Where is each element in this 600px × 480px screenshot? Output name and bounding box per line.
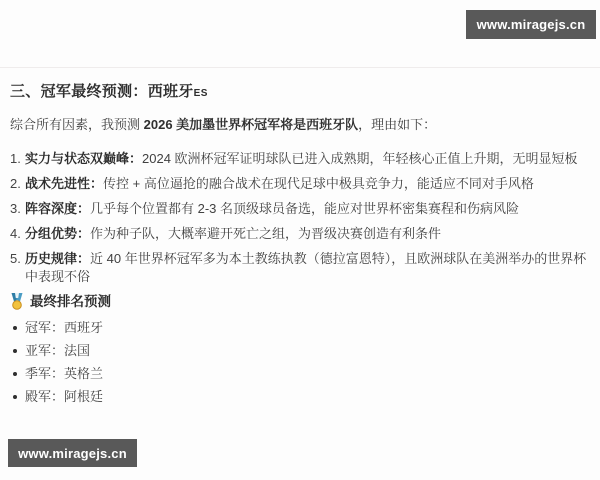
bullet-icon [13,326,17,330]
ranking-item: 冠军：西班牙 [25,320,590,336]
reason-number: 5. [10,250,21,268]
reason-number: 1. [10,150,21,168]
section-heading: 三、冠军最终预测：西班牙ES [10,84,590,102]
bullet-icon [13,372,17,376]
panel-divider [0,67,600,68]
reason-item: 1.实力与状态双巅峰：2024 欧洲杯冠军证明球队已进入成熟期，年轻核心正值上升… [25,150,590,168]
intro-pre: 综合所有因素，我预测 [10,117,144,132]
reason-number: 4. [10,225,21,243]
watermark-text: www.miragejs.cn [18,446,127,461]
bullet-icon [13,349,17,353]
reason-item: 5.历史规律：近 40 年世界杯冠军多为本土教练执教（德拉富恩特），且欧洲球队在… [25,250,590,286]
reason-text: 作为种子队，大概率避开死亡之组，为晋级决赛创造有利条件 [90,226,441,241]
ranking-heading: 最终排名预测 [10,293,590,310]
ranking-item-text: 亚军：法国 [25,343,90,358]
reason-label: 战术先进性： [25,176,103,191]
reason-text: 几乎每个位置都有 2-3 名顶级球员备选，能应对世界杯密集赛程和伤病风险 [90,201,519,216]
reason-label: 分组优势： [25,226,90,241]
reason-label: 阵容深度： [25,201,90,216]
reason-text: 2024 欧洲杯冠军证明球队已进入成熟期，年轻核心正值上升期，无明显短板 [142,151,578,166]
ranking-item: 亚军：法国 [25,343,590,359]
intro-post: ，理由如下： [358,117,436,132]
ranking-item-text: 季军：英格兰 [25,366,103,381]
reason-item: 2.战术先进性：传控 + 高位逼抢的融合战术在现代足球中极具竞争力，能适应不同对… [25,175,590,193]
ranking-item: 殿军：阿根廷 [25,389,590,405]
reason-number: 2. [10,175,21,193]
ranking-item: 季军：英格兰 [25,366,590,382]
spain-flag-fallback: ES [194,88,208,99]
watermark-text: www.miragejs.cn [477,17,586,32]
watermark-bottom-left: www.miragejs.cn [8,439,137,467]
ranking-heading-text: 最终排名预测 [30,294,111,310]
reason-item: 4.分组优势：作为种子队，大概率避开死亡之组，为晋级决赛创造有利条件 [25,225,590,243]
bullet-icon [13,395,17,399]
reason-label: 历史规律： [25,251,90,266]
reason-number: 3. [10,200,21,218]
ranking-item-text: 冠军：西班牙 [25,320,103,335]
reason-item: 3.阵容深度：几乎每个位置都有 2-3 名顶级球员备选，能应对世界杯密集赛程和伤… [25,200,590,218]
section-heading-text: 三、冠军最终预测：西班牙 [10,83,194,100]
reasons-list: 1.实力与状态双巅峰：2024 欧洲杯冠军证明球队已进入成熟期，年轻核心正值上升… [10,150,590,286]
ranking-item-text: 殿军：阿根廷 [25,389,103,404]
ranking-list: 冠军：西班牙 亚军：法国 季军：英格兰 殿军：阿根廷 [10,320,590,405]
reason-label: 实力与状态双巅峰： [25,151,142,166]
reason-text: 近 40 年世界杯冠军多为本土教练执教（德拉富恩特），且欧洲球队在美洲举办的世界… [25,251,586,284]
intro-paragraph: 综合所有因素，我预测 2026 美加墨世界杯冠军将是西班牙队，理由如下： [10,116,590,133]
gold-medal-icon [10,293,24,310]
document-page: www.miragejs.cn 三、冠军最终预测：西班牙ES 综合所有因素，我预… [0,0,600,480]
watermark-top-right: www.miragejs.cn [466,10,596,39]
intro-bold: 2026 美加墨世界杯冠军将是西班牙队 [144,117,359,132]
reason-text: 传控 + 高位逼抢的融合战术在现代足球中极具竞争力，能适应不同对手风格 [103,176,534,191]
document-content: 三、冠军最终预测：西班牙ES 综合所有因素，我预测 2026 美加墨世界杯冠军将… [10,84,590,412]
